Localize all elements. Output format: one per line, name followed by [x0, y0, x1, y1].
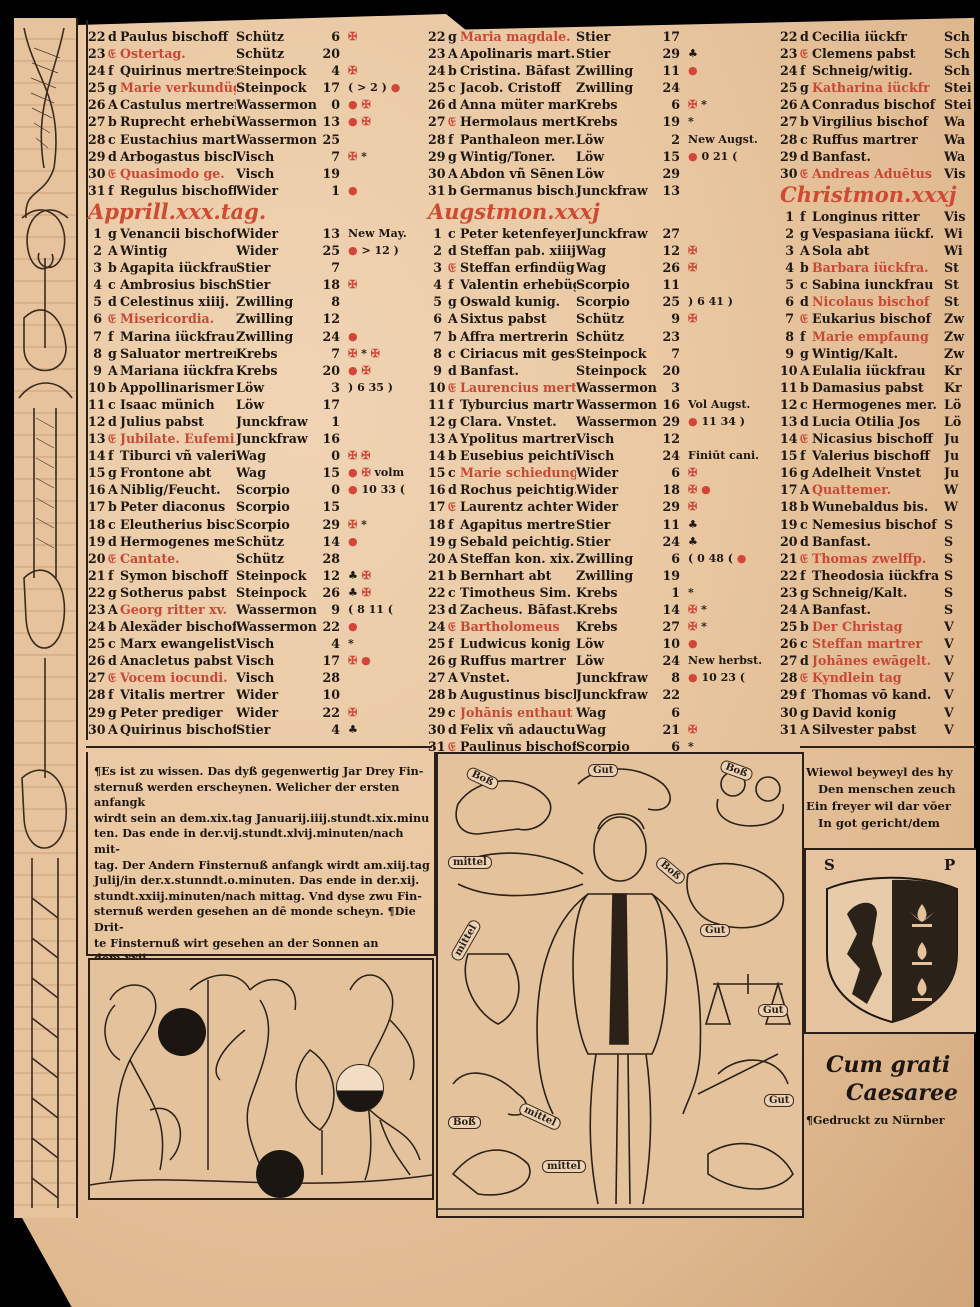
day-number: 11 — [88, 396, 102, 413]
dominical-letter: f — [448, 276, 460, 293]
dominical-letter: A — [108, 96, 120, 113]
degree-number: 0 — [320, 481, 340, 498]
dominical-letter: f — [448, 131, 460, 148]
dominical-letter: A — [800, 242, 812, 259]
day-number: 27 — [780, 652, 794, 669]
zodiac-sign: Ju — [944, 464, 974, 481]
zodiac-sign: Wassermon — [236, 113, 320, 130]
calendar-row: 13𝔈Jubilate. Eufemi.Junckfraw16 — [88, 430, 428, 447]
day-number: 15 — [780, 447, 794, 464]
dominical-letter: g — [108, 79, 120, 96]
day-number: 2 — [428, 242, 442, 259]
dominical-letter: d — [108, 533, 120, 550]
degree-number: 27 — [660, 618, 680, 635]
saint-name: Ostertag. — [120, 45, 236, 62]
astro-marks: ✠ * — [688, 618, 768, 635]
dominical-letter: f — [108, 447, 120, 464]
day-number: 27 — [88, 669, 102, 686]
astro-marks: ✠ — [348, 276, 428, 293]
day-number: 9 — [428, 362, 442, 379]
dominical-letter: c — [800, 276, 812, 293]
dominical-letter: d — [800, 413, 812, 430]
calendar-row: 29cJohānis enthautWag6 — [428, 704, 778, 721]
saint-name: Quirinus mertrer — [120, 62, 236, 79]
saint-name: Sixtus pabst — [460, 310, 576, 327]
calendar-row: 1cPeter ketenfeyerJunckfraw27 — [428, 225, 778, 242]
dominical-letter: d — [108, 28, 120, 45]
astro-marks: ✠ — [348, 28, 428, 45]
zodiac-sign: S — [944, 601, 974, 618]
calendar-row: 16ANiblig/Feucht.Scorpio0● 10 33 ( — [88, 481, 428, 498]
saint-name: Valerius bischoff — [812, 447, 944, 464]
calendar-row: 17bPeter diaconusScorpio15 — [88, 498, 428, 515]
saint-name: Adelheit Vnstet — [812, 464, 944, 481]
calendar-row: 30dFelix vñ adauctusWag21✠ — [428, 721, 778, 738]
day-number: 22 — [780, 567, 794, 584]
imprint-line-2: Caesaree — [846, 1080, 958, 1106]
day-number: 4 — [428, 276, 442, 293]
calendar-row: 7bAffra mertrerinSchütz23 — [428, 328, 778, 345]
zodiac-sign: Scorpio — [576, 293, 660, 310]
dominical-letter: d — [448, 242, 460, 259]
day-number: 28 — [88, 686, 102, 703]
calendar-row: 13AYpolitus martrerVisch12 — [428, 430, 778, 447]
calendar-row: 31ASilvester pabstV — [780, 721, 980, 738]
calendar-row: 25fLudwicus konigLöw10● — [428, 635, 778, 652]
degree-number: 15 — [660, 148, 680, 165]
day-number: 26 — [780, 96, 794, 113]
astro-marks: Finiūt cani. — [688, 447, 768, 464]
saint-name: Celestinus xiiij. — [120, 293, 236, 310]
calendar-row: 9dBanfast.Steinpock20 — [428, 362, 778, 379]
dominical-letter: c — [448, 584, 460, 601]
day-number: 19 — [780, 516, 794, 533]
saint-name: Regulus bischoff — [120, 182, 236, 199]
day-number: 8 — [88, 345, 102, 362]
degree-number: 6 — [660, 550, 680, 567]
day-number: 23 — [88, 45, 102, 62]
calendar-row: 23AApolinaris mart.Stier29♣ — [428, 45, 778, 62]
saint-name: Cristina. Bāfast — [460, 62, 576, 79]
astro-marks: ♣ ✠ — [348, 567, 428, 584]
dominical-letter: d — [448, 481, 460, 498]
dominical-letter: f — [448, 635, 460, 652]
day-number: 6 — [780, 293, 794, 310]
day-number: 29 — [428, 148, 442, 165]
saint-name: Isaac münich — [120, 396, 236, 413]
zodiac-sign: Visch — [236, 165, 320, 182]
zodiac-sign: Zw — [944, 345, 974, 362]
saint-name: Hermogenes mer. — [812, 396, 944, 413]
day-number: 23 — [88, 601, 102, 618]
calendar-row: 2dSteffan pab. xiiij.Wag12✠ — [428, 242, 778, 259]
degree-number: 18 — [320, 276, 340, 293]
dominical-letter: A — [448, 430, 460, 447]
dominical-letter: 𝔈 — [448, 259, 460, 276]
calendar-row: 17AQuattemer.W — [780, 481, 980, 498]
calendar-row: 29gPeter predigerWider22✠ — [88, 704, 428, 721]
astro-marks — [688, 686, 768, 703]
saint-name: Peter diaconus — [120, 498, 236, 515]
dominical-letter: g — [448, 293, 460, 310]
day-number: 27 — [88, 113, 102, 130]
calendar-row: 26dAnna müter mariKrebs6✠ * — [428, 96, 778, 113]
day-number: 21 — [88, 567, 102, 584]
astro-marks: ✠ * — [688, 96, 768, 113]
saint-name: Vitalis mertrer — [120, 686, 236, 703]
day-number: 18 — [88, 516, 102, 533]
dominical-letter: 𝔈 — [108, 550, 120, 567]
zodiac-sign: Wassermon — [236, 96, 320, 113]
degree-number: 4 — [320, 635, 340, 652]
saint-name: Tyburcius martr — [460, 396, 576, 413]
degree-number: 4 — [320, 62, 340, 79]
zodiac-sign: Wag — [576, 242, 660, 259]
zodiac-sign: Kr — [944, 379, 974, 396]
zodiac-sign: Junckfraw — [236, 430, 320, 447]
astro-marks: ✠ ● — [688, 481, 768, 498]
zodiac-sign: Wag — [576, 704, 660, 721]
zodiac-banner: mittel — [542, 1160, 586, 1173]
astro-marks: ✠ ✠ — [348, 447, 428, 464]
saint-name: Abdon vñ Sēnen — [460, 165, 576, 182]
arms-letter-p: P — [944, 856, 955, 874]
day-number: 22 — [88, 28, 102, 45]
degree-number: 16 — [320, 430, 340, 447]
dominical-letter: b — [448, 567, 460, 584]
zodiac-sign: Ju — [944, 447, 974, 464]
dominical-letter: f — [108, 182, 120, 199]
day-number: 25 — [780, 618, 794, 635]
section-rule — [86, 746, 432, 748]
day-number: 22 — [88, 584, 102, 601]
saint-name: Der Christag — [812, 618, 944, 635]
astro-marks — [688, 225, 768, 242]
degree-number: 10 — [660, 635, 680, 652]
day-number: 30 — [780, 704, 794, 721]
degree-number: 7 — [320, 345, 340, 362]
dominical-letter: f — [800, 447, 812, 464]
zodiac-sign: Schütz — [576, 328, 660, 345]
dominical-letter: f — [108, 328, 120, 345]
zodiac-sign: Wag — [576, 721, 660, 738]
dominical-letter: f — [800, 62, 812, 79]
day-number: 25 — [780, 79, 794, 96]
month-title: Augstmon.xxxj — [428, 199, 778, 225]
saint-name: Frontone abt — [120, 464, 236, 481]
dominical-letter: A — [108, 362, 120, 379]
day-number: 5 — [428, 293, 442, 310]
day-number: 24 — [88, 62, 102, 79]
dominical-letter: 𝔈 — [800, 45, 812, 62]
eclipse-text-line: ¶Es ist zu wissen. Das dyß gegenwertig J… — [94, 764, 430, 780]
saint-name: Valentin erhebüg — [460, 276, 576, 293]
zodiac-sign: V — [944, 669, 974, 686]
day-number: 26 — [428, 652, 442, 669]
saint-name: Germanus bisch. — [460, 182, 576, 199]
calendar-row: 19gSebald peichtig.Stier24♣ — [428, 533, 778, 550]
dominical-letter: 𝔈 — [448, 113, 460, 130]
dominical-letter: c — [108, 276, 120, 293]
day-number: 28 — [780, 669, 794, 686]
dominical-letter: 𝔈 — [108, 430, 120, 447]
zodiac-sign: W — [944, 498, 974, 515]
zodiac-sign: Stei — [944, 96, 974, 113]
saint-name: Virgilius bischof — [812, 113, 944, 130]
calendar-row: 24bCristina. BāfastZwilling11● — [428, 62, 778, 79]
zodiac-sign: Junckfraw — [576, 225, 660, 242]
calendar-row: 27dJohānes ewāgelt.V — [780, 652, 980, 669]
zodiac-sign: Krebs — [236, 345, 320, 362]
zodiac-banner: Gut — [700, 924, 730, 937]
calendar-row: 19dHermogenes merSchütz14● — [88, 533, 428, 550]
dominical-letter: b — [108, 379, 120, 396]
saint-name: Banfast. — [460, 362, 576, 379]
saint-name: Schneig/witig. — [812, 62, 944, 79]
calendar-row: 5gOswald kunig.Scorpio25) 6 41 ) — [428, 293, 778, 310]
zodiac-man-illustration-icon — [438, 754, 802, 1216]
zodiac-sign: Scorpio — [576, 276, 660, 293]
dominical-letter: g — [800, 464, 812, 481]
astro-marks: ● ✠ — [348, 362, 428, 379]
saint-name: Wintig/Toner. — [460, 148, 576, 165]
dominical-letter: A — [108, 481, 120, 498]
zodiac-sign: Steinpock — [576, 362, 660, 379]
zodiac-sign: Visch — [236, 652, 320, 669]
degree-number: 17 — [320, 79, 340, 96]
zodiac-sign: Steinpock — [236, 62, 320, 79]
dominical-letter: b — [448, 182, 460, 199]
dominical-letter: g — [448, 652, 460, 669]
saint-name: Anacletus pabst — [120, 652, 236, 669]
zodiac-sign: V — [944, 721, 974, 738]
degree-number: 26 — [320, 584, 340, 601]
eclipse-text-line: sternuß werden erscheynen. Welicher der … — [94, 780, 430, 811]
day-number: 4 — [780, 259, 794, 276]
degree-number: 7 — [320, 148, 340, 165]
astro-marks: * — [688, 113, 768, 130]
day-number: 10 — [780, 362, 794, 379]
astro-marks: ✠ — [688, 464, 768, 481]
saint-name: Julius pabst — [120, 413, 236, 430]
degree-number: 15 — [320, 498, 340, 515]
day-number: 24 — [780, 601, 794, 618]
astro-marks: ✠ — [688, 242, 768, 259]
day-number: 27 — [428, 669, 442, 686]
calendar-row: 20ASteffan kon. xix.Zwilling6( 0 48 ( ● — [428, 550, 778, 567]
day-number: 28 — [428, 686, 442, 703]
day-number: 6 — [88, 310, 102, 327]
day-number: 13 — [428, 430, 442, 447]
calendar-row: 18cEleutherius bischScorpio29✠ * — [88, 516, 428, 533]
degree-number: 6 — [660, 464, 680, 481]
zodiac-sign: Scorpio — [236, 481, 320, 498]
calendar-row: 10𝔈Laurencius mertrerWassermon3 — [428, 379, 778, 396]
degree-number: 12 — [320, 310, 340, 327]
zodiac-sign: Krebs — [236, 362, 320, 379]
calendar-row: 29dBanfast.Wa — [780, 148, 980, 165]
calendar-row: 26ACastulus mertrerWassermon0● ✠ — [88, 96, 428, 113]
astro-marks — [348, 430, 428, 447]
dominical-letter: g — [108, 704, 120, 721]
calendar-row: 24ABanfast.S — [780, 601, 980, 618]
zodiac-sign: Zw — [944, 310, 974, 327]
saint-name: Eusebius peichtig — [460, 447, 576, 464]
zodiac-sign: Schütz — [236, 45, 320, 62]
degree-number: 13 — [320, 225, 340, 242]
saint-name: Banfast. — [812, 148, 944, 165]
day-number: 23 — [780, 584, 794, 601]
degree-number: 17 — [660, 28, 680, 45]
dominical-letter: d — [108, 413, 120, 430]
degree-number: 24 — [660, 447, 680, 464]
astro-marks: ✠ — [688, 721, 768, 738]
calendar-row: 14bEusebius peichtigVisch24Finiūt cani. — [428, 447, 778, 464]
degree-number: 7 — [320, 259, 340, 276]
day-number: 3 — [428, 259, 442, 276]
astro-marks — [348, 550, 428, 567]
day-number: 5 — [780, 276, 794, 293]
day-number: 30 — [428, 721, 442, 738]
calendar-row: 24fSchneig/witig.Sch — [780, 62, 980, 79]
astro-marks: ✠ * — [348, 516, 428, 533]
day-number: 22 — [780, 28, 794, 45]
zodiac-sign: Wider — [236, 704, 320, 721]
astro-marks: ✠ * ✠ — [348, 345, 428, 362]
day-number: 3 — [780, 242, 794, 259]
astro-marks — [688, 276, 768, 293]
saint-name: Marie empfaung — [812, 328, 944, 345]
day-number: 8 — [780, 328, 794, 345]
dominical-letter: b — [800, 113, 812, 130]
zodiac-sign: Löw — [576, 635, 660, 652]
degree-number: 3 — [320, 379, 340, 396]
saint-name: Sabina iunckfrau — [812, 276, 944, 293]
zodiac-sign: Junckfraw — [576, 669, 660, 686]
saint-name: Affra mertrerin — [460, 328, 576, 345]
day-number: 28 — [428, 131, 442, 148]
verse-line: Den menschen zeuch — [806, 781, 980, 798]
saint-name: Hermolaus mert. — [460, 113, 576, 130]
degree-number: 21 — [660, 721, 680, 738]
degree-number: 9 — [320, 601, 340, 618]
saint-name: Ciriacus mit gesel — [460, 345, 576, 362]
astro-marks: * — [688, 584, 768, 601]
degree-number: 26 — [660, 259, 680, 276]
saint-name: Sotherus pabst — [120, 584, 236, 601]
saint-name: Vocem iocundi. — [120, 669, 236, 686]
dominical-letter: c — [108, 516, 120, 533]
dominical-letter: A — [448, 45, 460, 62]
degree-number: 8 — [320, 293, 340, 310]
day-number: 20 — [780, 533, 794, 550]
astro-marks: ● ✠ — [348, 96, 428, 113]
saint-name: Paulus bischoff — [120, 28, 236, 45]
dominical-letter: 𝔈 — [108, 310, 120, 327]
day-number: 30 — [88, 165, 102, 182]
astro-marks: ♣ — [348, 721, 428, 738]
saint-name: Marx ewangelist — [120, 635, 236, 652]
dominical-letter: g — [448, 533, 460, 550]
dominical-letter: 𝔈 — [800, 310, 812, 327]
astro-marks: ✠ — [348, 62, 428, 79]
saint-name: Symon bischoff — [120, 567, 236, 584]
calendar-row: 11fTyburcius martrWassermon16Vol Augst. — [428, 396, 778, 413]
saint-name: Barbara iückfra. — [812, 259, 944, 276]
saint-name: Marie schiedung — [460, 464, 576, 481]
saint-name: Steffan pab. xiiij. — [460, 242, 576, 259]
astro-marks: ● 10 23 ( — [688, 669, 768, 686]
zodiac-sign: Lö — [944, 413, 974, 430]
degree-number: 27 — [660, 225, 680, 242]
zodiac-banner: mittel — [448, 856, 492, 869]
saint-name: Mariana iückfra — [120, 362, 236, 379]
day-number: 1 — [428, 225, 442, 242]
eclipsed-moon-icon — [256, 1150, 304, 1198]
day-number: 30 — [88, 721, 102, 738]
zodiac-sign: S — [944, 533, 974, 550]
day-number: 24 — [428, 62, 442, 79]
calendar-row: 11bDamasius pabstKr — [780, 379, 980, 396]
dominical-letter: c — [800, 131, 812, 148]
saint-name: Ypolitus martrer — [460, 430, 576, 447]
zodiac-sign: Scorpio — [236, 498, 320, 515]
calendar-row: 25bDer ChristagV — [780, 618, 980, 635]
day-number: 21 — [428, 567, 442, 584]
day-number: 11 — [780, 379, 794, 396]
calendar-row: 22dCecilia iückfrSch — [780, 28, 980, 45]
zodiac-sign: Stier — [576, 516, 660, 533]
coat-of-arms-frame: S P — [804, 848, 980, 1034]
day-number: 27 — [780, 113, 794, 130]
month-title: Apprill.xxx.tag. — [88, 199, 428, 225]
dominical-letter: c — [108, 131, 120, 148]
verse-line: Ein freyer wil dar vōer — [806, 798, 980, 815]
saint-name: Castulus mertrer — [120, 96, 236, 113]
calendar-row: 25gKatharina iückfrStei — [780, 79, 980, 96]
dominical-letter: A — [448, 550, 460, 567]
calendar-row: 17𝔈Laurentz achterWider29✠ — [428, 498, 778, 515]
zodiac-sign: Wider — [236, 182, 320, 199]
saint-name: Thomas zwelffp. — [812, 550, 944, 567]
dominical-letter: c — [448, 225, 460, 242]
dominical-letter: d — [448, 721, 460, 738]
dominical-letter: 𝔈 — [800, 430, 812, 447]
foliage-ornament-icon — [14, 18, 76, 1218]
day-number: 1 — [88, 225, 102, 242]
astro-marks: ( > 2 ) ● — [348, 79, 428, 96]
saint-name: Damasius pabst — [812, 379, 944, 396]
calendar-row: 26gRuffus martrerLöw24New herbst. — [428, 652, 778, 669]
astro-marks: ✠ — [688, 498, 768, 515]
zodiac-sign: Wi — [944, 225, 974, 242]
zodiac-sign: Wassermon — [576, 379, 660, 396]
degree-number: 29 — [320, 516, 340, 533]
saint-name: Vnstet. — [460, 669, 576, 686]
dominical-letter: d — [108, 293, 120, 310]
eclipse-text-line: tag. Der Andern Finsternuß anfangk wirdt… — [94, 858, 430, 874]
day-number: 12 — [780, 396, 794, 413]
saint-name: Cantate. — [120, 550, 236, 567]
dominical-letter: 𝔈 — [448, 618, 460, 635]
dominical-letter: g — [108, 225, 120, 242]
dominical-letter: d — [448, 96, 460, 113]
zodiac-sign: Wassermon — [236, 131, 320, 148]
dominical-letter: A — [800, 96, 812, 113]
calendar-row: 7fMarina iückfrauZwilling24● — [88, 328, 428, 345]
dominical-letter: f — [800, 328, 812, 345]
dominical-letter: g — [800, 704, 812, 721]
